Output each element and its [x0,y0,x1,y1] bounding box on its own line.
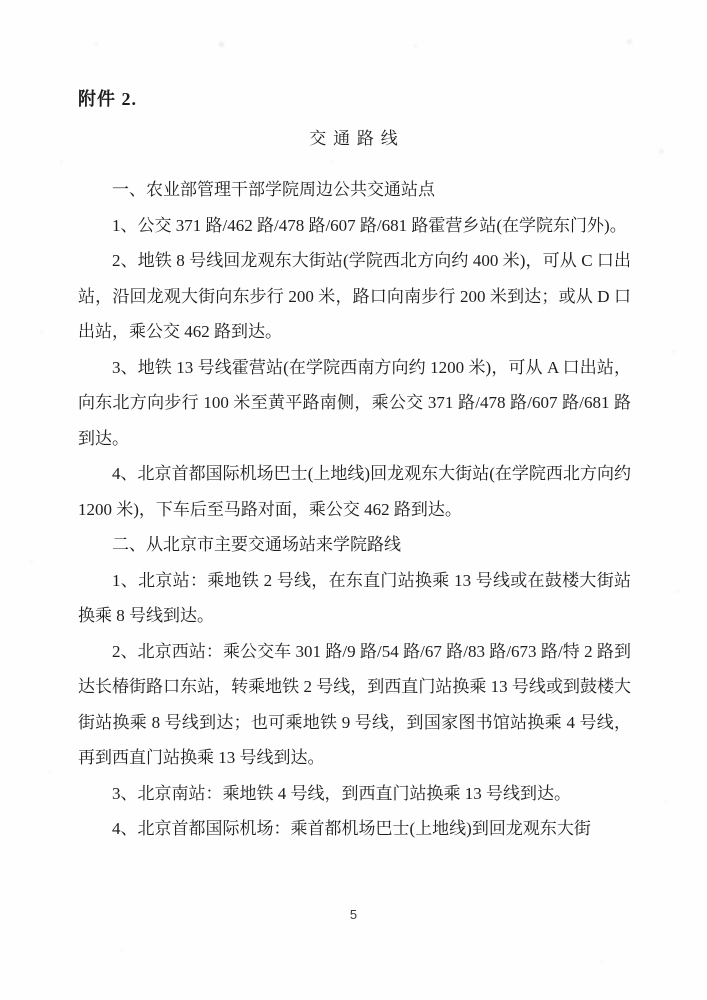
page-title: 交通路线 [0,124,707,149]
section-1-paragraph-3: 3、地铁 13 号线霍营站(在学院西南方向约 1200 米)，可从 A 口出站，… [78,350,631,457]
section-1-paragraph-2: 2、地铁 8 号线回龙观东大街站(学院西北方向约 400 米)，可从 C 口出站… [78,243,631,350]
section-1-paragraph-1: 1、公交 371 路/462 路/478 路/607 路/681 路霍营乡站(在… [78,208,631,244]
page-number: 5 [0,907,707,922]
section-1-paragraph-4: 4、北京首都国际机场巴士(上地线)回龙观东大街站(在学院西北方向约 1200 米… [78,456,631,527]
section-2-heading: 二、从北京市主要交通场站来学院路线 [78,527,631,563]
document-body: 一、农业部管理干部学院周边公共交通站点 1、公交 371 路/462 路/478… [78,172,631,847]
section-1-heading: 一、农业部管理干部学院周边公共交通站点 [78,172,631,208]
attachment-label: 附件 2. [78,85,137,111]
section-2-paragraph-3: 3、北京南站：乘地铁 4 号线，到西直门站换乘 13 号线到达。 [78,776,631,812]
section-2-paragraph-4: 4、北京首都国际机场：乘首都机场巴士(上地线)到回龙观东大街 [78,811,631,847]
scan-noise [0,0,3,3]
section-2-paragraph-1: 1、北京站：乘地铁 2 号线，在东直门站换乘 13 号线或在鼓楼大街站换乘 8 … [78,563,631,634]
document-page: 附件 2. 交通路线 一、农业部管理干部学院周边公共交通站点 1、公交 371 … [0,0,707,1000]
section-2-paragraph-2: 2、北京西站：乘公交车 301 路/9 路/54 路/67 路/83 路/673… [78,634,631,776]
